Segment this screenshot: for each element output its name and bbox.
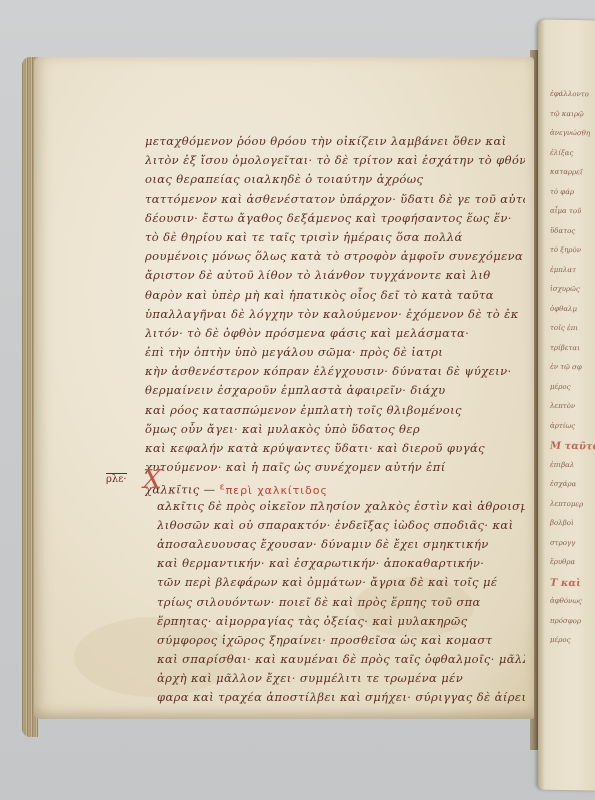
- text-line: δέουσιν· ἔστω ἄγαθος δεξάμενος καὶ τροφή…: [145, 209, 525, 228]
- facing-page-line: μέρος: [550, 382, 571, 390]
- facing-page-line: ἐφάλλοντο: [550, 90, 589, 99]
- text-line: ἄριστον δὲ αὐτοῦ λίθον τὸ λιάνθον τυγχάν…: [145, 266, 525, 285]
- marginal-section-number: ρλε·: [106, 473, 127, 486]
- facing-page-line: ὀφθαλμ: [550, 304, 577, 312]
- facing-page-line: Τ καὶ: [550, 577, 581, 589]
- facing-page-line: ἀρτίως: [550, 421, 575, 429]
- facing-page-line: τὸ φάρ: [550, 187, 574, 195]
- text-line: οιας θεραπείας οιαλκηδὲ ὁ τοιαύτην ἀχρόω…: [145, 170, 525, 189]
- facing-page-line: στρογγ: [550, 538, 575, 546]
- text-line: τρίως σιλουόντων· ποιεῖ δὲ καὶ πρὸς ἕρπη…: [157, 593, 525, 612]
- text-line: λιθοσῶν καὶ οὐ σπαρακτόν· ἐνδεῖξας ἰὼδος…: [157, 516, 525, 535]
- text-line: θαρὸν καὶ ὑπὲρ μὴ καὶ ἡπατικὸς οἷος δεῖ …: [145, 286, 525, 305]
- facing-page-line: ἀφθόνως: [550, 597, 582, 606]
- text-line: τὸ δὲ θηρίου καὶ τε ταῖς τρισὶν ἡμέραις …: [145, 228, 525, 247]
- text-line: μεταχθόμενον ῥόου θρόου τὴν οἰκίζειν λαμ…: [145, 132, 525, 151]
- facing-page-line: Μ ταῦτα: [550, 441, 595, 453]
- facing-page-line: πρόσφορ: [550, 616, 581, 625]
- text-line: ὅμως οὖν ἄγει· καὶ μυλακὸς ὑπὸ ὕδατος θε…: [145, 420, 525, 439]
- text-line: κὴν ἀσθενέστερον κόπραν ἐλέγχουσιν· δύνα…: [145, 362, 525, 381]
- facing-page-line: ἔρυθρα: [550, 558, 575, 566]
- text-line: ταττόμενον καὶ ἀσθενέστατον ὑπάρχον· ὕδα…: [145, 190, 525, 209]
- facing-page-line: τοῖς ἐπι: [550, 324, 578, 332]
- text-line: καὶ σπαρίσθαι· καὶ καυμέναι δὲ πρὸς ταῖς…: [157, 650, 525, 669]
- text-line: φαρα καὶ τραχέα ἀποστίλβει καὶ σμήχει· σ…: [157, 688, 525, 707]
- decorated-initial: Χ: [143, 467, 162, 493]
- facing-page-line: τῷ καιρῷ: [550, 109, 584, 118]
- text-line: ἀποσαλευουσας ἔχουσαν· δύναμιν δὲ ἔχει σ…: [157, 535, 525, 554]
- section-text-lines: αλκῖτις δὲ πρὸς οἰκεῖον πλησίον χαλκὸς ἐ…: [145, 497, 525, 708]
- text-line: καὶ θερμαντικήν· καὶ ἐσχαρωτικήν· ἀποκαθ…: [157, 554, 525, 573]
- text-line: ἕρπητας· αἱμορραγίας τὰς ὀξείας· καὶ μυλ…: [157, 612, 525, 631]
- facing-page-line: αἷμα τοῦ: [550, 207, 581, 216]
- facing-page-line: ἰσχυρῶς: [550, 285, 580, 294]
- rubric-line: χαλκῖτις — επερὶ χαλκίτιδος: [145, 477, 525, 496]
- facing-page-line: βολβοὶ: [550, 519, 574, 527]
- facing-page-line: καταρρεῖ: [550, 168, 583, 177]
- facing-page: ἐφάλλοντοτῷ καιρῷἀνεγνώσθηἐλίξαςκαταρρεῖ…: [538, 19, 595, 790]
- text-line: καὶ ρόος κατασπώμενον ἐμπλατὴ τοῖς θλιβο…: [145, 401, 525, 420]
- facing-page-text: ἐφάλλοντοτῷ καιρῷἀνεγνώσθηἐλίξαςκαταρρεῖ…: [538, 19, 595, 20]
- main-text-lines: μεταχθόμενον ῥόου θρόου τὴν οἰκίζειν λαμ…: [145, 132, 525, 477]
- facing-page-line: ἐν τῷ σφ: [550, 363, 582, 372]
- facing-page-line: λεπτὸν: [550, 402, 575, 410]
- text-line: αλκῖτις δὲ πρὸς οἰκεῖον πλησίον χαλκὸς ἐ…: [157, 497, 525, 516]
- facing-page-line: ἀνεγνώσθη: [550, 129, 590, 138]
- text-line: σύμφορος ἰχῶρος ξηραίνει· προσθεῖσα ὡς κ…: [157, 631, 525, 650]
- facing-page-line: ἐλίξας: [550, 148, 573, 156]
- facing-page-line: ἐμπλατ: [550, 265, 576, 273]
- text-line: ἀρχὴ καὶ μᾶλλον ἔχει· συμμέλιτι τε τρωμέ…: [157, 669, 525, 688]
- facing-page-line: ἐσχάρα: [550, 480, 576, 488]
- text-line: ἐπὶ τὴν ὀπτὴν ὑπὸ μεγάλου σῶμα· πρὸς δὲ …: [145, 343, 525, 362]
- facing-page-line: μέρος: [550, 636, 571, 644]
- main-text-column: μεταχθόμενον ῥόου θρόου τὴν οἰκίζειν λαμ…: [145, 132, 525, 708]
- text-line: λιτόν· τὸ δὲ ὀφθὸν πρόσμενα φάσις καὶ με…: [145, 324, 525, 343]
- facing-page-line: λεπτομερ: [550, 499, 583, 508]
- rubric-heading: επερὶ χαλκίτιδος: [220, 484, 328, 497]
- text-line: τῶν περὶ βλεφάρων καὶ ὀμμάτων· ἄγρια δὲ …: [157, 573, 525, 592]
- text-line: ρουμένοις μόνως ὅλως κατὰ τὸ στροφὸν ἀμφ…: [145, 247, 525, 266]
- facing-page-line: ἐπιβαλ: [550, 460, 574, 468]
- facing-page-line: ὕδατος: [550, 226, 575, 234]
- text-line: χυτούμενον· καὶ ἡ παῖς ὡς συνέχομεν αὐτή…: [145, 458, 525, 477]
- text-line: ὑπαλλαγῆναι δὲ λόγχην τὸν καλούμενον· ἐχ…: [145, 305, 525, 324]
- text-line: θερμαίνειν ἐσχαροῦν ἐμπλαστὰ ἀφαιρεῖν· δ…: [145, 381, 525, 400]
- text-line: λιτὸν ἐξ ἴσου ὁμολογεῖται· τὸ δὲ τρίτον …: [145, 151, 525, 170]
- facing-page-line: τὸ ξηρὸν: [550, 246, 581, 255]
- facing-page-line: τρίβεται: [550, 343, 580, 352]
- rubric-title: περὶ χαλκίτιδος: [226, 484, 328, 497]
- text-line: καὶ κεφαλήν κατὰ κρύψαντες ὕδατι· καὶ δι…: [145, 439, 525, 458]
